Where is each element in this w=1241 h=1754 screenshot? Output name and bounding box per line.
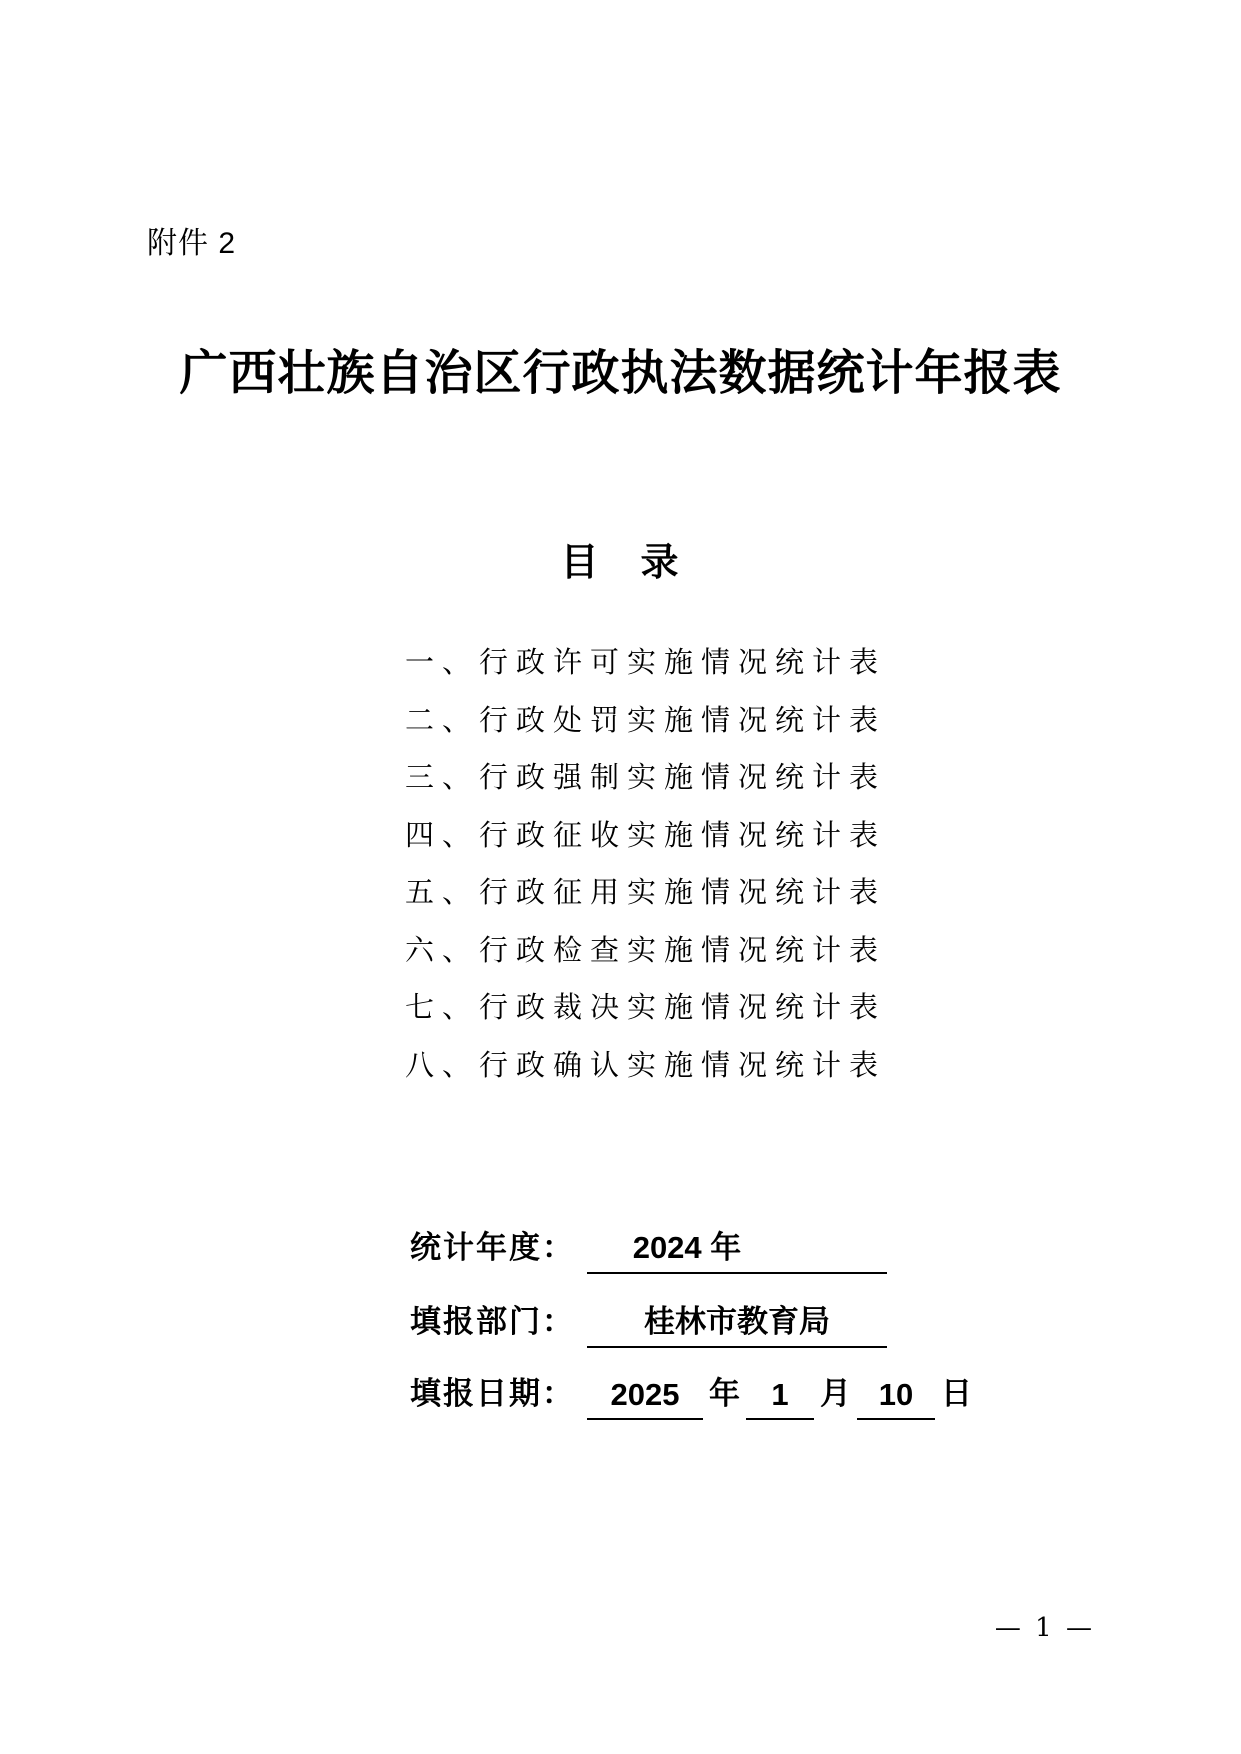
date-year-unit: 年 bbox=[709, 1368, 740, 1420]
stat-year-row: 统计年度： 2024 年 bbox=[410, 1222, 887, 1274]
stat-year-value: 2024 年 bbox=[633, 1230, 742, 1265]
toc-item-7: 七、行政裁决实施情况统计表 bbox=[405, 977, 886, 1035]
page-title: 广西壮族自治区行政执法数据统计年报表 bbox=[40, 334, 1201, 403]
date-month-unit: 月 bbox=[820, 1368, 851, 1420]
toc-item-8: 八、行政确认实施情况统计表 bbox=[405, 1035, 886, 1093]
page-number: — 1 — bbox=[995, 1613, 1095, 1643]
date-day-blank: 10 bbox=[857, 1377, 935, 1420]
date-label: 填报日期： bbox=[410, 1368, 575, 1420]
dept-value: 桂林市教育局 bbox=[644, 1304, 830, 1339]
dept-label: 填报部门： bbox=[410, 1296, 575, 1348]
date-month-blank: 1 bbox=[746, 1377, 814, 1420]
dept-row: 填报部门： 桂林市教育局 bbox=[410, 1296, 887, 1348]
toc-item-3: 三、行政强制实施情况统计表 bbox=[405, 747, 886, 805]
toc-list: 一、行政许可实施情况统计表 二、行政处罚实施情况统计表 三、行政强制实施情况统计… bbox=[405, 632, 886, 1092]
date-row: 填报日期： 2025 年 1 月 10 日 bbox=[410, 1368, 972, 1420]
stat-year-label: 统计年度： bbox=[410, 1222, 575, 1274]
date-year-value: 2025 bbox=[611, 1377, 680, 1412]
date-month-value: 1 bbox=[771, 1377, 788, 1412]
stat-year-blank: 2024 年 bbox=[587, 1222, 887, 1274]
date-year-blank: 2025 bbox=[587, 1377, 703, 1420]
toc-item-6: 六、行政检查实施情况统计表 bbox=[405, 920, 886, 978]
toc-item-5: 五、行政征用实施情况统计表 bbox=[405, 862, 886, 920]
toc-item-4: 四、行政征收实施情况统计表 bbox=[405, 805, 886, 863]
dept-blank: 桂林市教育局 bbox=[587, 1296, 887, 1348]
toc-item-2: 二、行政处罚实施情况统计表 bbox=[405, 690, 886, 748]
toc-item-1: 一、行政许可实施情况统计表 bbox=[405, 632, 886, 690]
document-page: 附件 2 广西壮族自治区行政执法数据统计年报表 目 录 一、行政许可实施情况统计… bbox=[0, 0, 1241, 1754]
toc-heading: 目 录 bbox=[0, 531, 1241, 586]
date-day-unit: 日 bbox=[941, 1368, 972, 1420]
attachment-label: 附件 2 bbox=[147, 218, 236, 262]
date-day-value: 10 bbox=[879, 1377, 913, 1412]
